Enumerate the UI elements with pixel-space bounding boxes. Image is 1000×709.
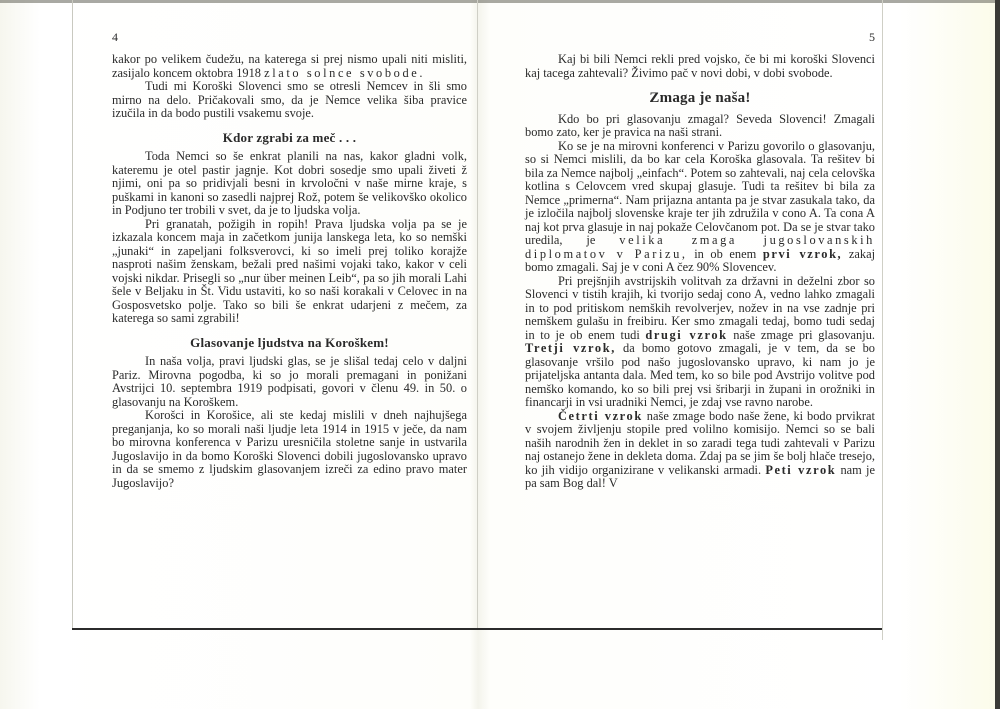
page-number: 4 [112,30,118,45]
paragraph: Kaj bi bili Nemci rekli pred vojsko, če … [525,53,875,80]
scan-right-edge [995,0,1000,709]
paragraph: kakor po velikem čudežu, na katerega si … [112,53,467,80]
left-page-text: kakor po velikem čudežu, na katerega si … [112,53,467,490]
center-gutter [477,0,478,628]
section-heading: Kdor zgrabi za meč . . . [112,131,467,145]
section-heading: Glasovanje ljudstva na Koroškem! [112,336,467,350]
scan-top-edge [0,0,1000,3]
right-page-text: Kaj bi bili Nemci rekli pred vojsko, če … [525,53,875,491]
paragraph: In naša volja, pravi ljudski glas, se je… [112,355,467,409]
paragraph: Kdo bo pri glasovanju zmagal? Seveda Slo… [525,113,875,140]
left-page-edge [72,0,73,628]
paragraph: Tudi mi Koroški Slovenci smo se otresli … [112,80,467,121]
right-page-edge [882,0,883,640]
bottom-page-edge [72,628,882,630]
section-heading: Zmaga je naša! [525,92,875,106]
paragraph: Toda Nemci so še enkrat planili na nas, … [112,150,467,218]
paragraph: Korošci in Korošice, ali ste kedaj misli… [112,409,467,490]
paragraph: Četrti vzrok naše zmage bodo naše žene, … [525,410,875,491]
paragraph: Pri granatah, požigih in ropih! Prava lj… [112,218,467,326]
paragraph: Ko se je na mirovni konferenci v Parizu … [525,140,875,275]
page-number: 5 [869,30,875,45]
paragraph: Pri prejšnjih avstrijskih volitvah za dr… [525,275,875,410]
